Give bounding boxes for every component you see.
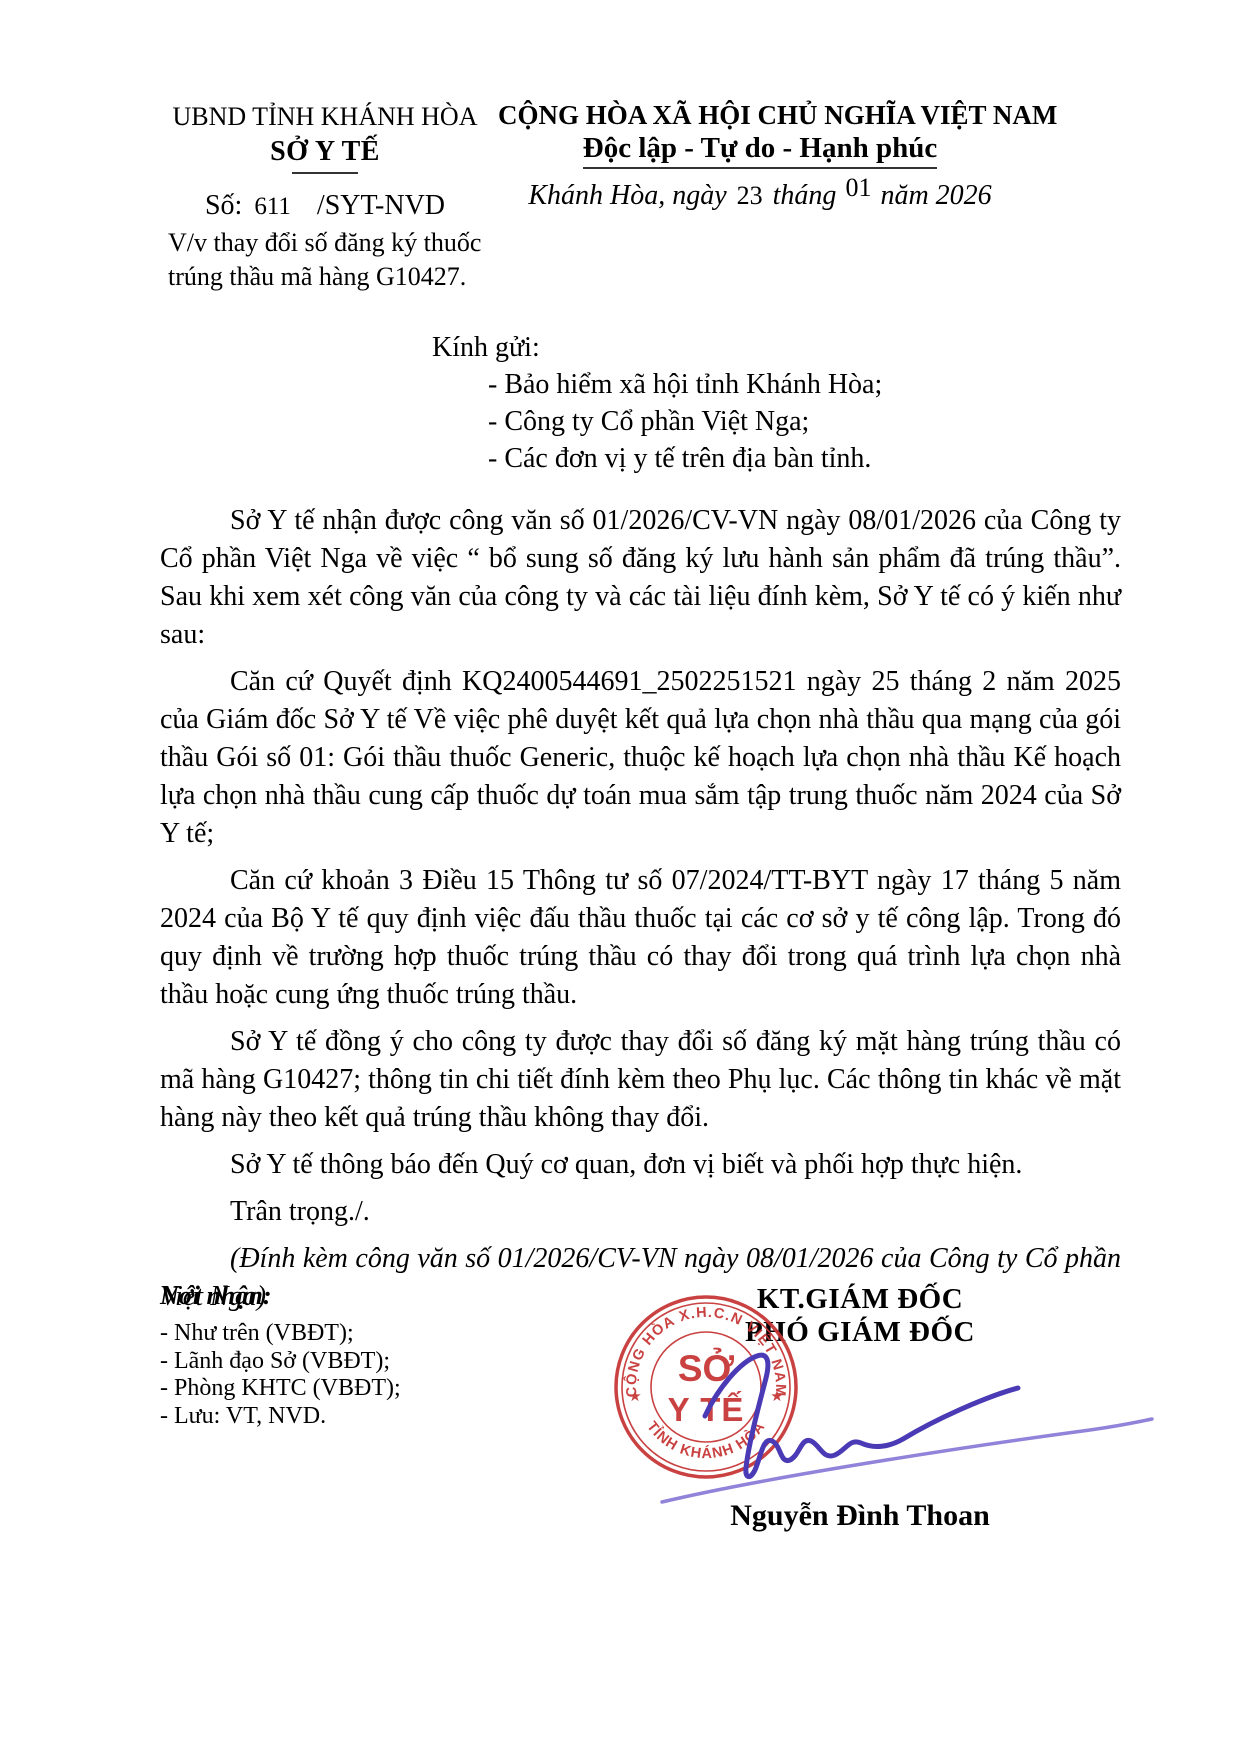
handwritten-signature (600, 1335, 1180, 1513)
recipient-item: - Các đơn vị y tế trên địa bàn tỉnh. (488, 440, 1121, 477)
national-motto: Độc lập - Tự do - Hạnh phúc (583, 132, 938, 169)
distribution-label: Nơi nhận: (160, 1281, 401, 1311)
national-header-block: CỘNG HÒA XÃ HỘI CHỦ NGHĨA VIỆT NAM Độc l… (498, 99, 1022, 212)
paragraph-3: Căn cứ khoản 3 Điều 15 Thông tư số 07/20… (160, 862, 1121, 1014)
recipient-item: - Bảo hiểm xã hội tỉnh Khánh Hòa; (488, 366, 1121, 403)
recipient-item: - Công ty Cổ phần Việt Nga; (488, 403, 1121, 440)
dateline-month: 01 (845, 173, 871, 202)
paragraph-1: Sở Y tế nhận được công văn số 01/2026/CV… (160, 502, 1121, 654)
paragraph-2: Căn cứ Quyết định KQ2400544691_250225152… (160, 663, 1121, 853)
dateline-year: năm 2026 (880, 180, 991, 211)
dateline-day: 23 (737, 181, 763, 210)
paragraph-4: Sở Y tế đồng ý cho công ty được thay đổi… (160, 1023, 1121, 1137)
closing-line: Trân trọng./. (160, 1193, 1121, 1231)
issuer-block: UBND TỈNH KHÁNH HÒA SỞ Y TẾ Số:611/SYT-N… (158, 101, 492, 222)
dateline-place: Khánh Hòa, ngày (528, 180, 726, 211)
subject-block: V/v thay đổi số đăng ký thuốc trúng thầu… (168, 226, 508, 294)
dateline: Khánh Hòa, ngày23tháng01năm 2026 (498, 180, 1022, 212)
official-letter-page: UBND TỈNH KHÁNH HÒA SỞ Y TẾ Số:611/SYT-N… (0, 0, 1241, 1754)
doc-number-value: 611 (254, 193, 291, 220)
distribution-item: - Lưu: VT, NVD. (160, 1403, 401, 1431)
distribution-item: - Như trên (VBĐT); (160, 1320, 401, 1348)
issuer-org: SỞ Y TẾ (158, 135, 492, 169)
letter-body: Kính gửi: - Bảo hiểm xã hội tỉnh Khánh H… (160, 330, 1121, 1325)
distribution-block: Nơi nhận: - Như trên (VBĐT); - Lãnh đạo … (160, 1281, 401, 1430)
national-title: CỘNG HÒA XÃ HỘI CHỦ NGHĨA VIỆT NAM (498, 99, 1022, 132)
doc-number-label: Số: (205, 190, 242, 221)
signature-main-stroke (705, 1355, 1018, 1476)
recipient-list: - Bảo hiểm xã hội tỉnh Khánh Hòa; - Công… (488, 366, 1121, 477)
distribution-item: - Phòng KHTC (VBĐT); (160, 1375, 401, 1403)
issuer-parent-org: UBND TỈNH KHÁNH HÒA (158, 101, 492, 133)
doc-number-suffix: /SYT-NVD (317, 190, 445, 221)
subject-line-1: V/v thay đổi số đăng ký thuốc (168, 226, 508, 260)
dateline-month-label: tháng (773, 180, 837, 211)
paragraph-5: Sở Y tế thông báo đến Quý cơ quan, đơn v… (160, 1146, 1121, 1184)
salutation-label: Kính gửi: (432, 330, 1121, 366)
signature-underline-stroke (662, 1419, 1152, 1502)
distribution-item: - Lãnh đạo Sở (VBĐT); (160, 1348, 401, 1376)
subject-line-2: trúng thầu mã hàng G10427. (168, 260, 508, 294)
paragraphs: Sở Y tế nhận được công văn số 01/2026/CV… (160, 502, 1121, 1316)
issuer-underline (292, 172, 358, 174)
signer-name: Nguyễn Đình Thoan (642, 1499, 1078, 1533)
document-number-line: Số:611/SYT-NVD (158, 190, 492, 222)
